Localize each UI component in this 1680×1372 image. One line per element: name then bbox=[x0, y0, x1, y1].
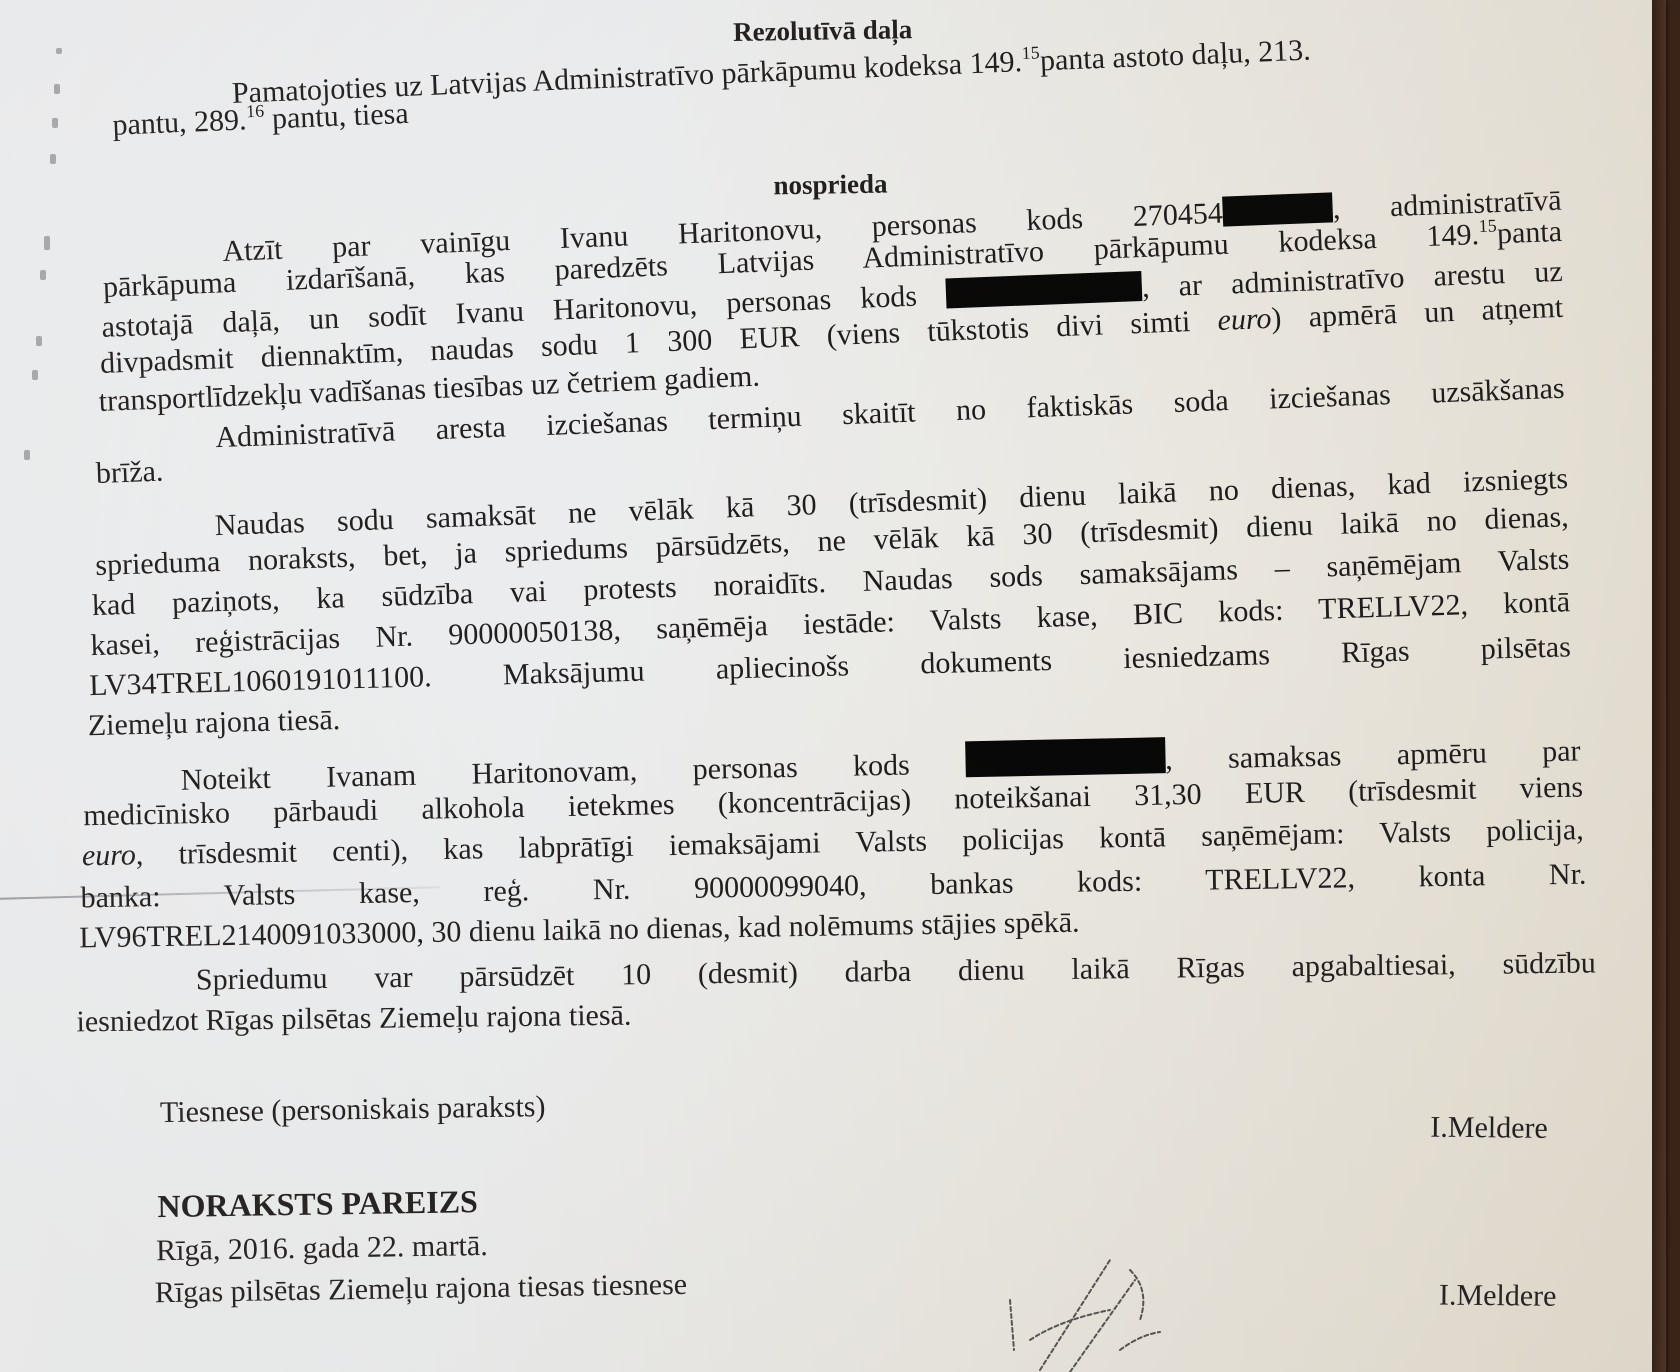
para4-line-5: LV96TREL2140091033000, 30 dienu laikā no… bbox=[79, 908, 1080, 954]
handwritten-signature bbox=[1000, 1240, 1200, 1372]
redacted-personal-code bbox=[965, 737, 1166, 777]
binding-mark bbox=[54, 84, 60, 94]
redacted-personal-code bbox=[1222, 192, 1333, 226]
para5-line-2: iesniedzot Rīgas pilsētas Ziemeļu rajona… bbox=[76, 1001, 631, 1038]
binding-mark bbox=[52, 118, 58, 128]
judge-label: Tiesnese (personiskais paraksts) bbox=[160, 1092, 546, 1128]
judge-name: I.Meldere bbox=[1430, 1113, 1548, 1144]
document-page: Rezolutīvā daļa Pamatojoties uz Latvijas… bbox=[0, 0, 1666, 1372]
section-title: Rezolutīvā daļa bbox=[733, 16, 913, 46]
court-judge-name: I.Meldere bbox=[1439, 1281, 1557, 1312]
binding-mark bbox=[24, 450, 30, 460]
binding-mark bbox=[44, 236, 50, 250]
document-body: Rezolutīvā daļa Pamatojoties uz Latvijas… bbox=[0, 0, 1666, 13]
verdict-heading: nosprieda bbox=[773, 171, 887, 200]
background-edge bbox=[1652, 0, 1666, 1372]
para2-line-2: brīža. bbox=[95, 457, 164, 489]
para5-line-1: Spriedumu var pārsūdzēt 10 (desmit) darb… bbox=[196, 948, 1596, 995]
court-judge-label: Rīgas pilsētas Ziemeļu rajona tiesas tie… bbox=[155, 1270, 688, 1308]
binding-mark bbox=[32, 370, 38, 380]
binding-mark bbox=[56, 48, 62, 54]
intro-line-2: pantu, 289.16 pantu, tiesa bbox=[112, 99, 409, 141]
binding-mark bbox=[36, 336, 42, 346]
binding-mark bbox=[40, 270, 46, 280]
para3-line-6: Ziemeļu rajona tiesā. bbox=[88, 705, 341, 741]
place-date: Rīgā, 2016. gada 22. martā. bbox=[156, 1231, 488, 1266]
copy-certified-label: NORAKSTS PAREIZS bbox=[157, 1185, 478, 1222]
redacted-personal-code bbox=[946, 271, 1143, 309]
binding-mark bbox=[50, 154, 56, 164]
